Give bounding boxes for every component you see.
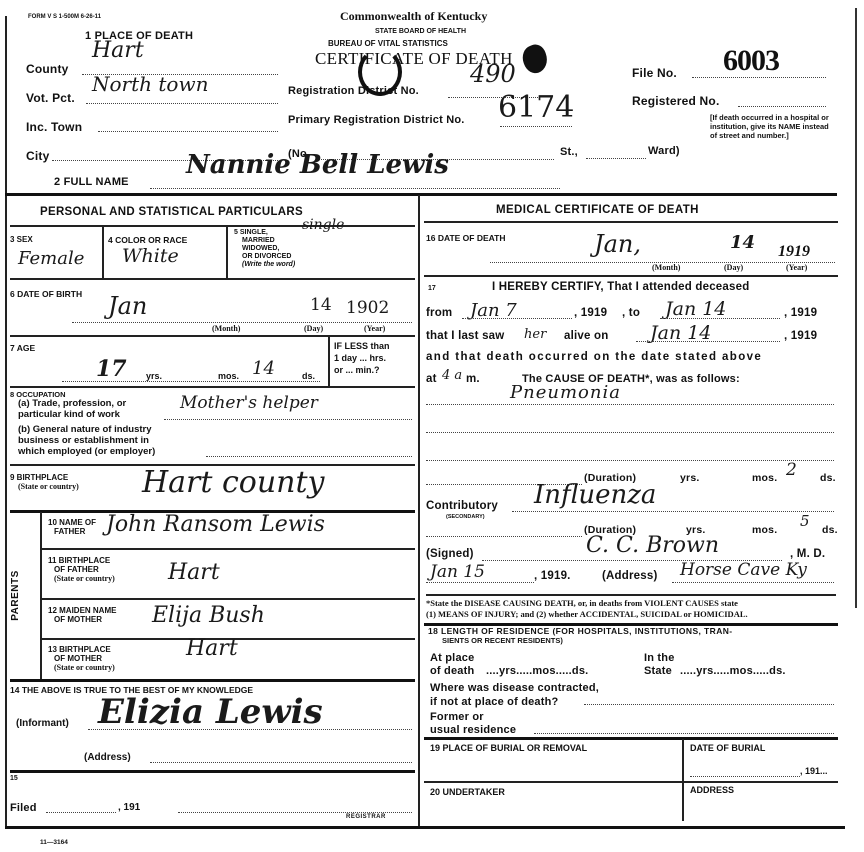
full-name-value: Nannie Bell Lewis xyxy=(186,150,449,180)
full-name-label: 2 FULL NAME xyxy=(54,176,129,188)
signed-label: (Signed) xyxy=(426,548,474,560)
dod-bottom-line xyxy=(424,275,838,277)
father-birthplace-label: 11 BIRTHPLACE OF FATHER (State or countr… xyxy=(48,556,115,584)
sex-value: Female xyxy=(18,248,84,269)
dob-label: 6 DATE OF BIRTH xyxy=(10,289,82,299)
row2-line xyxy=(10,335,415,337)
bureau-title: BUREAU OF VITAL STATISTICS xyxy=(328,39,448,48)
bottom-border xyxy=(5,826,845,829)
dob-day: 14 xyxy=(310,295,332,315)
contracted-line xyxy=(584,704,834,705)
in-state-label: In the State xyxy=(644,652,675,678)
contrib-duration-days: 5 xyxy=(800,512,810,530)
alive-on-line xyxy=(636,341,780,342)
contributory-line xyxy=(512,511,834,512)
informant-address-label: (Address) xyxy=(84,752,131,763)
marital-label: 5 SINGLE, MARRIED WIDOWED, OR DIVORCED (… xyxy=(234,229,295,269)
duration-yrs: yrs. xyxy=(680,472,699,484)
informant-bottom-line xyxy=(10,770,415,773)
dod-month: Jan, xyxy=(594,230,641,258)
primary-registration-value: 6174 xyxy=(498,90,574,125)
center-divider xyxy=(418,195,420,827)
father-bp-line xyxy=(42,598,415,600)
right-border xyxy=(855,8,857,608)
at-label: at xyxy=(426,373,437,385)
race-value: White xyxy=(122,245,179,267)
former-residence-line xyxy=(534,733,834,734)
informant-label: (Informant) xyxy=(16,718,69,729)
vot-pct-value: North town xyxy=(92,72,208,96)
duration-days: 2 xyxy=(786,460,797,480)
occupation-a-line xyxy=(164,419,412,420)
burial-date-line xyxy=(690,776,800,777)
to-year: , 1919 xyxy=(784,307,817,319)
dod-year: 1919 xyxy=(778,243,810,261)
burial-date-year: , 191... xyxy=(800,766,828,776)
occupation-a-label: (a) Trade, profession, or particular kin… xyxy=(18,398,126,420)
row3-line xyxy=(10,386,415,388)
contributory-value: Influenza xyxy=(534,480,656,510)
sex-divider xyxy=(102,226,104,278)
inc-town-label: Inc. Town xyxy=(26,120,82,134)
birthplace-sub: (State or country) xyxy=(18,482,79,491)
primary-registration-line xyxy=(500,126,572,127)
form-code: FORM V S 1-500M 6-26-11 xyxy=(28,14,101,20)
undertaker-address-label: ADDRESS xyxy=(690,785,734,795)
age-line xyxy=(62,381,320,382)
cause-line-3 xyxy=(426,460,834,461)
occurred-text: and that death occurred on the date stat… xyxy=(426,351,762,363)
physician-address-line xyxy=(672,582,834,583)
cause-line-1 xyxy=(426,404,834,405)
undertaker-label: 20 UNDERTAKER xyxy=(430,787,505,797)
last-saw-pronoun: her xyxy=(524,327,546,342)
less-than-day: IF LESS than 1 day ... hrs. or ... min.? xyxy=(334,340,390,376)
personal-heading-line xyxy=(10,225,415,227)
to-label: , to xyxy=(622,307,640,319)
father-label: 10 NAME OF FATHER xyxy=(48,518,96,536)
county-label: County xyxy=(26,62,69,76)
dod-day: 14 xyxy=(730,232,755,253)
contrib-duration-ds: ds. xyxy=(822,524,838,536)
occupation-b-label: (b) General nature of industry business … xyxy=(18,424,155,457)
age-days: 14 xyxy=(252,358,275,379)
mother-birthplace: Hart xyxy=(186,636,238,661)
vot-pct-line xyxy=(86,103,278,104)
contributory-label: Contributory xyxy=(426,500,498,512)
registered-no-label: Registered No. xyxy=(632,94,720,108)
parents-divider xyxy=(40,512,42,680)
at-time: 4 a xyxy=(442,368,462,383)
commonwealth-title: Commonwealth of Kentucky xyxy=(340,9,487,24)
age-years: 17 xyxy=(96,356,127,382)
file-no-label: File No. xyxy=(632,66,677,80)
signed-date: Jan 15 xyxy=(430,562,485,582)
filed-year: , 191 xyxy=(118,802,140,813)
dob-year: 1902 xyxy=(346,298,389,318)
row1-line xyxy=(10,278,415,280)
dob-year-caption: (Year) xyxy=(364,324,385,333)
age-divider xyxy=(328,336,330,386)
dod-year-caption: (Year) xyxy=(786,263,807,272)
medical-heading-line xyxy=(424,221,838,223)
full-name-line xyxy=(150,188,560,189)
cause-line-2 xyxy=(426,432,834,433)
filing-number: 15 xyxy=(10,775,18,782)
dob-line xyxy=(72,322,412,323)
to-line xyxy=(660,318,780,319)
alive-on-label: alive on xyxy=(564,330,608,342)
vot-pct-label: Vot. Pct. xyxy=(26,91,75,105)
residence-heading: 18 LENGTH OF RESIDENCE (FOR HOSPITALS, I… xyxy=(428,626,733,646)
inc-town-line xyxy=(98,131,278,132)
signed-year: , 1919. xyxy=(534,570,571,582)
signed-date-line xyxy=(426,582,534,583)
m-label: m. xyxy=(466,373,480,385)
dod-day-caption: (Day) xyxy=(724,263,743,272)
dob-month-caption: (Month) xyxy=(212,324,240,333)
age-yrs-label: yrs. xyxy=(146,371,162,381)
registrar-line xyxy=(178,812,412,813)
dod-label: 16 DATE OF DEATH xyxy=(426,233,506,243)
contrib-duration-mos: mos. xyxy=(752,524,777,536)
physician-address: Horse Cave Ky xyxy=(680,560,807,580)
primary-registration-label: Primary Registration District No. xyxy=(288,114,465,126)
dob-day-caption: (Day) xyxy=(304,324,323,333)
last-saw-label: that I last saw xyxy=(426,330,504,342)
race-divider xyxy=(226,226,228,278)
burial-bottom-line xyxy=(424,781,838,783)
contracted-label: Where was disease contracted, if not at … xyxy=(430,681,599,709)
at-place-fields: ....yrs.....mos.....ds. xyxy=(486,665,588,677)
certify-text: I HEREBY CERTIFY, That I attended deceas… xyxy=(492,281,749,293)
board-title: STATE BOARD OF HEALTH xyxy=(375,28,466,35)
dob-month: Jan xyxy=(108,292,147,320)
footnote-top-line xyxy=(426,594,836,596)
footer-code: 11—3164 xyxy=(40,839,68,846)
cause-value: Pneumonia xyxy=(510,382,621,403)
from-year: , 1919 xyxy=(574,307,607,319)
informant-name: Elizia Lewis xyxy=(98,692,323,732)
parents-side-label: PARENTS xyxy=(10,570,21,621)
duration-mos: mos. xyxy=(752,472,777,484)
residence-bottom-line xyxy=(424,737,838,740)
burial-divider xyxy=(682,739,684,821)
to-date: Jan 14 xyxy=(665,298,726,320)
filed-label: Filed xyxy=(10,802,37,814)
alive-year: , 1919 xyxy=(784,330,817,342)
age-label: 7 AGE xyxy=(10,343,35,353)
burial-place-label: 19 PLACE OF BURIAL OR REMOVAL xyxy=(430,743,587,753)
duration-ds: ds. xyxy=(820,472,836,484)
county-value: Hart xyxy=(92,38,144,63)
burial-date-label: DATE OF BURIAL xyxy=(690,743,765,753)
birthplace-value: Hart county xyxy=(142,465,325,500)
parents-bottom-line xyxy=(10,679,415,682)
sex-label: 3 SEX xyxy=(10,235,33,244)
left-border xyxy=(5,16,7,826)
mother-name: Elija Bush xyxy=(152,603,265,628)
at-place-label: At place of death xyxy=(430,652,474,678)
informant-address-line xyxy=(150,762,412,763)
filed-date-line xyxy=(46,812,116,813)
age-mos-label: mos. xyxy=(218,371,239,381)
file-no-value: 6003 xyxy=(723,44,779,78)
secondary-label: (SECONDARY) xyxy=(446,514,485,520)
signed-value: C. C. Brown xyxy=(586,533,719,558)
registrar-label: REGISTRAR xyxy=(346,814,386,820)
dod-month-caption: (Month) xyxy=(652,263,680,272)
mother-label: 12 MAIDEN NAME OF MOTHER xyxy=(48,606,116,624)
father-name: John Ransom Lewis xyxy=(106,512,325,537)
registration-district-value: 490 xyxy=(470,60,516,88)
former-residence-label: Former or usual residence xyxy=(430,711,516,737)
registration-district-label: Registration District No. xyxy=(288,85,419,97)
hospital-note: [If death occurred in a hospital or inst… xyxy=(710,113,830,140)
ward-line xyxy=(586,158,646,159)
address-label: (Address) xyxy=(602,570,657,582)
mother-birthplace-label: 13 BIRTHPLACE OF MOTHER (State or countr… xyxy=(48,645,115,673)
cause-footnote: *State the DISEASE CAUSING DEATH, or, in… xyxy=(426,598,748,620)
registered-no-line xyxy=(738,106,826,107)
father-line xyxy=(42,548,415,550)
contrib-duration-lead xyxy=(426,536,582,537)
birthplace-label: 9 BIRTHPLACE xyxy=(10,473,68,482)
marital-value: single xyxy=(302,217,344,233)
md-label: , M. D. xyxy=(790,548,825,560)
from-line xyxy=(462,318,572,319)
medical-heading: MEDICAL CERTIFICATE OF DEATH xyxy=(496,204,699,216)
age-ds-label: ds. xyxy=(302,371,315,381)
header-divider xyxy=(5,193,837,196)
city-label: City xyxy=(26,149,49,163)
personal-heading: PERSONAL AND STATISTICAL PARTICULARS xyxy=(40,206,303,218)
informant-line xyxy=(88,729,412,730)
occupation-b-line xyxy=(206,456,412,457)
certify-num: 17 xyxy=(428,285,436,292)
street-label: St., xyxy=(560,146,578,158)
file-no-line xyxy=(692,77,826,78)
father-birthplace: Hart xyxy=(168,560,220,585)
ward-label: Ward) xyxy=(648,145,680,157)
in-state-fields: .....yrs.....mos.....ds. xyxy=(680,665,786,677)
from-label: from xyxy=(426,307,452,319)
occupation-a-value: Mother's helper xyxy=(180,393,318,413)
race-label: 4 COLOR OR RACE xyxy=(108,235,187,245)
